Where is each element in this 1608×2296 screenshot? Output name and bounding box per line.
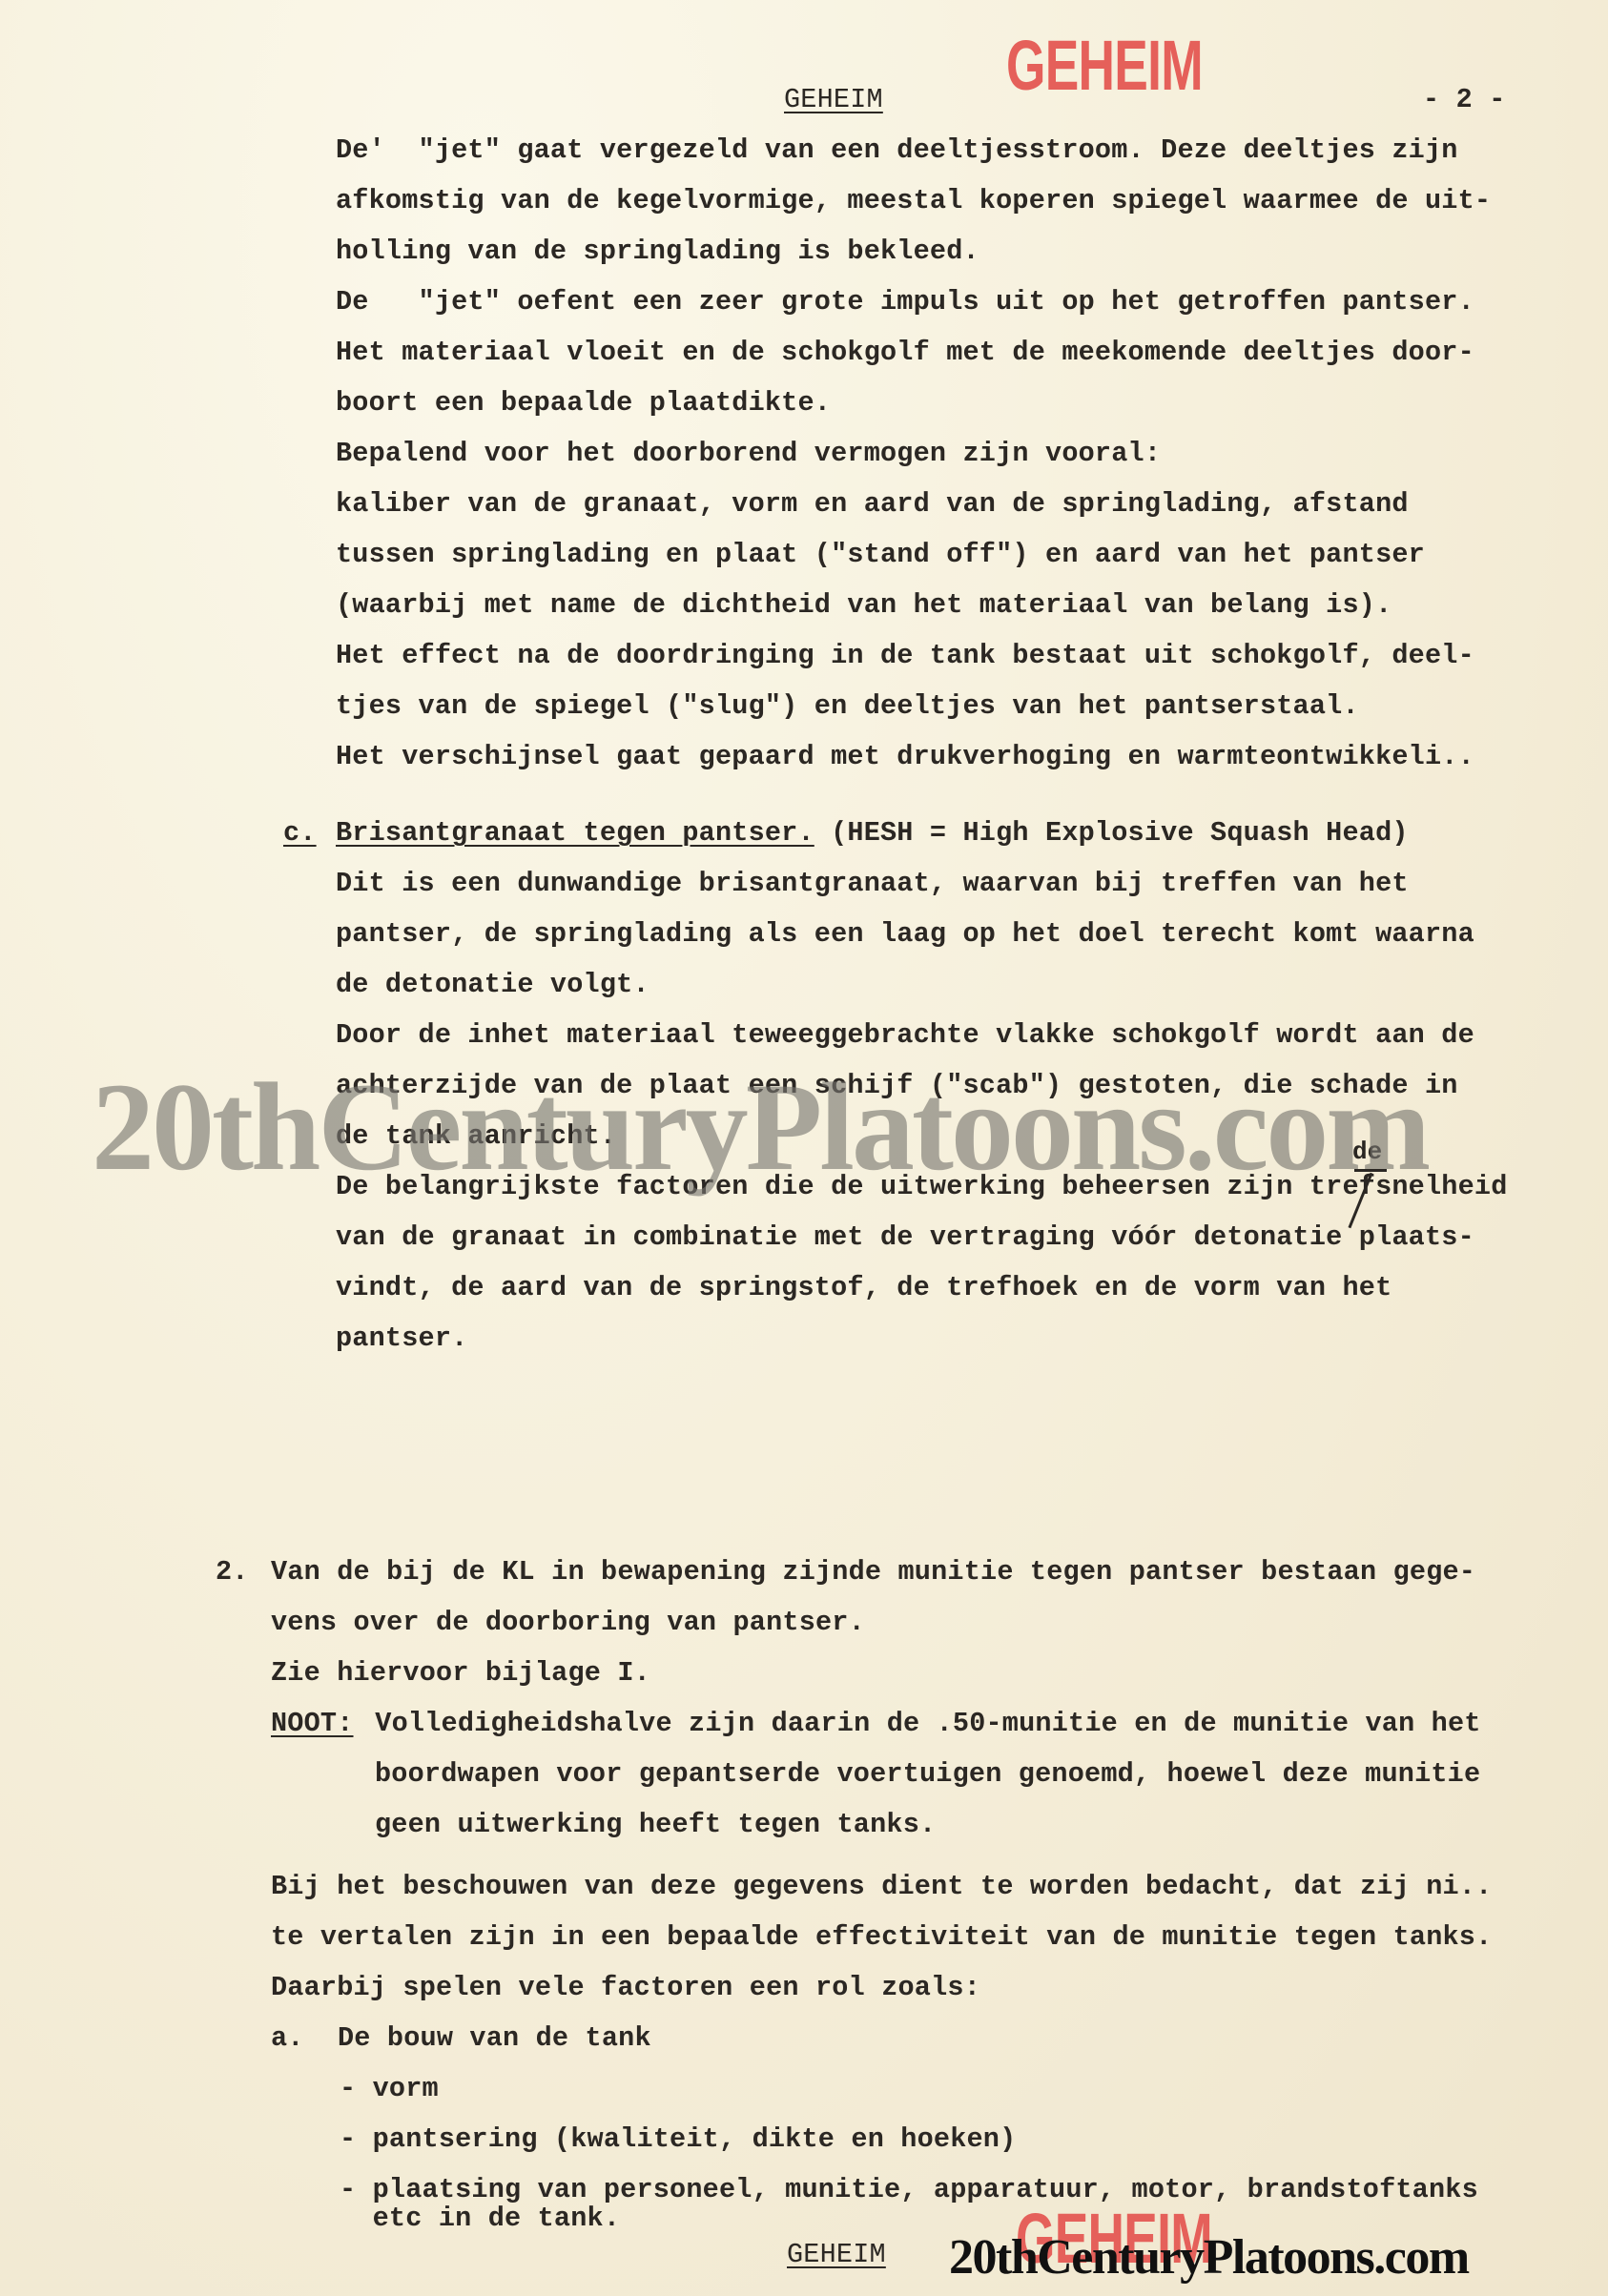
text-line: Van de bij de KL in bewapening zijnde mu… xyxy=(271,1556,1475,1589)
text-line: Bepalend voor het doorborend vermogen zi… xyxy=(336,438,1161,470)
watermark: 20thCenturyPlatoons.com xyxy=(92,1054,1428,1199)
list-item: etc in de tank. xyxy=(340,2203,620,2235)
text-line: kaliber van de granaat, vorm en aard van… xyxy=(336,488,1409,521)
text-line: boort een bepaalde plaatdikte. xyxy=(336,387,831,420)
page-number: - 2 - xyxy=(1423,84,1506,116)
note-label: NOOT: xyxy=(271,1708,354,1740)
text-line: De "jet" oefent een zeer grote impuls ui… xyxy=(336,286,1474,318)
classification-footer: GEHEIM xyxy=(787,2239,886,2271)
text-line: Daarbij spelen vele factoren een rol zoa… xyxy=(271,1972,980,2004)
sub-a-marker: a. xyxy=(271,2022,304,2055)
text-line: Door de inhet materiaal teweeggebrachte … xyxy=(336,1019,1474,1052)
text-line: pantser. xyxy=(336,1322,467,1355)
classification-header: GEHEIM xyxy=(784,84,883,116)
text-line: Het materiaal vloeit en de schokgolf met… xyxy=(336,337,1474,369)
text-line: Bij het beschouwen van deze gegevens die… xyxy=(271,1871,1492,1903)
text-line: tjes van de spiegel ("slug") en deeltjes… xyxy=(336,690,1359,723)
list-item: - plaatsing van personeel, munitie, appa… xyxy=(340,2174,1478,2206)
text-line: vindt, de aard van de springstof, de tre… xyxy=(336,1272,1392,1304)
list-item: - pantsering (kwaliteit, dikte en hoeken… xyxy=(340,2123,1016,2156)
section-c-heading: Brisantgranaat tegen pantser. xyxy=(336,817,814,849)
section-c-heading-line: Brisantgranaat tegen pantser. (HESH = Hi… xyxy=(336,817,1409,850)
text-line: afkomstig van de kegelvormige, meestal k… xyxy=(336,185,1491,217)
section-2-marker: 2. xyxy=(216,1556,249,1589)
list-item: - vorm xyxy=(340,2073,439,2105)
text-line: Zie hiervoor bijlage I. xyxy=(271,1657,650,1690)
sub-a-title: De bouw van de tank xyxy=(338,2022,651,2055)
note-line: boordwapen voor gepantserde voertuigen g… xyxy=(375,1758,1480,1791)
text-line: te vertalen zijn in een bepaalde effecti… xyxy=(271,1921,1492,1954)
section-c-heading-suffix: (HESH = High Explosive Squash Head) xyxy=(814,817,1409,849)
text-line: van de granaat in combinatie met de vert… xyxy=(336,1221,1474,1254)
text-line: De' "jet" gaat vergezeld van een deeltje… xyxy=(336,134,1458,167)
text-line: Dit is een dunwandige brisantgranaat, wa… xyxy=(336,868,1409,900)
text-line: pantser, de springlading als een laag op… xyxy=(336,918,1474,951)
text-line: holling van de springlading is bekleed. xyxy=(336,236,979,268)
text-line: Het effect na de doordringing in de tank… xyxy=(336,640,1474,672)
section-c-marker: c. xyxy=(283,817,317,850)
note-line: geen uitwerking heeft tegen tanks. xyxy=(375,1809,936,1841)
text-line: (waarbij met name de dichtheid van het m… xyxy=(336,589,1392,622)
text-line: de detonatie volgt. xyxy=(336,969,649,1001)
footer-brand-watermark: 20thCenturyPlatoons.com xyxy=(949,2229,1469,2286)
text-line: tussen springlading en plaat ("stand off… xyxy=(336,539,1425,571)
text-line: vens over de doorboring van pantser. xyxy=(271,1607,865,1639)
note-line: Volledigheidshalve zijn daarin de .50-mu… xyxy=(359,1708,1481,1740)
geheim-stamp-top: GEHEIM xyxy=(1006,25,1203,106)
text-line: Het verschijnsel gaat gepaard met drukve… xyxy=(336,741,1474,773)
